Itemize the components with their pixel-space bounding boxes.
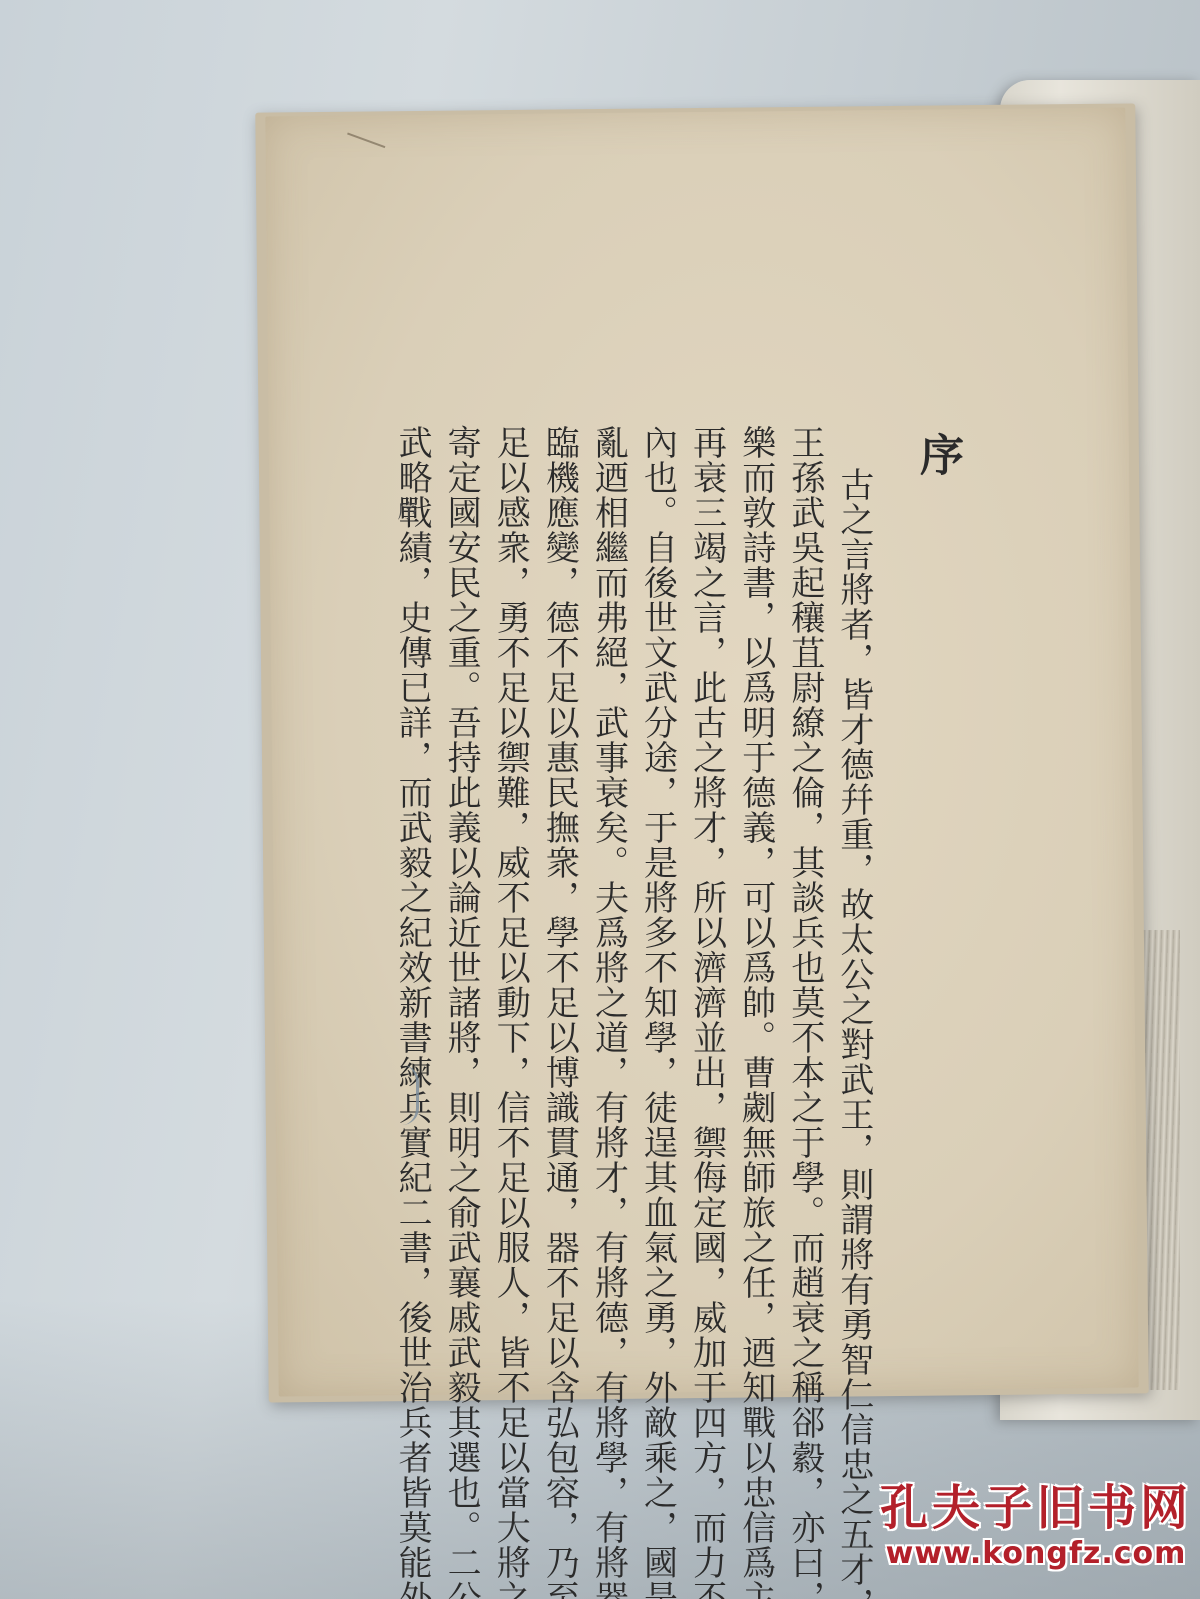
- text-column-3: 樂而敦詩書，以爲明于德義，可以爲帥。曹劌無師旅之任，迺知戰以忠信爲主，且有: [729, 425, 778, 1265]
- text-column-2: 王孫武吳起穰苴尉繚之倫，其談兵也莫不本之于學。而趙衰之稱郤縠，亦曰，說禮: [778, 425, 827, 1265]
- text-column-7: 臨機應變，德不足以惠民撫衆，學不足以博識貫通，器不足以含弘包容，乃至誠不: [532, 425, 581, 1265]
- vertical-text-body: 古之言將者，皆才德幷重，故太公之對武王，則謂將有勇智仁信忠之五才，乃 王孫武吳起…: [385, 425, 925, 1265]
- text-column-4: 再衰三竭之言，此古之將才，所以濟濟並出，禦侮定國，威加于四方，而力不詘于境: [680, 425, 729, 1265]
- running-footer: 序: [392, 500, 421, 520]
- photo-scene: 序 古之言將者，皆才德幷重，故太公之對武王，則謂將有勇智仁信忠之五才，乃 王孫武…: [0, 0, 1200, 1599]
- text-column-10: 武略戰績，史傳已詳，而武毅之紀效新書練兵實紀二書，後世治兵者皆莫能外，而: [385, 425, 434, 1265]
- text-column-8: 足以感衆，勇不足以禦難，威不足以動下，信不足以服人，皆不足以當大將之任，而: [483, 425, 532, 1265]
- watermark-url: www.kongfz.com: [880, 1536, 1192, 1572]
- pencil-mark: [402, 1065, 419, 1125]
- watermark: 孔夫子旧书网 www.kongfz.com: [880, 1480, 1192, 1572]
- watermark-title: 孔夫子旧书网: [880, 1480, 1192, 1536]
- text-column-5: 內也。自後世文武分途，于是將多不知學，徒逞其血氣之勇，外敵乘之，國是大殺危: [630, 425, 679, 1265]
- title-column-space: [876, 425, 925, 1265]
- text-column-1: 古之言將者，皆才德幷重，故太公之對武王，則謂將有勇智仁信忠之五才，乃: [827, 425, 876, 1265]
- text-column-6: 亂迺相繼而弗絕，武事衰矣。夫爲將之道，有將才，有將德，有將學，有將器，才不足以: [581, 425, 630, 1265]
- text-column-9: 寄定國安民之重。吾持此義以論近世諸將，則明之俞武襄戚武毅其選也。二公之: [434, 425, 483, 1265]
